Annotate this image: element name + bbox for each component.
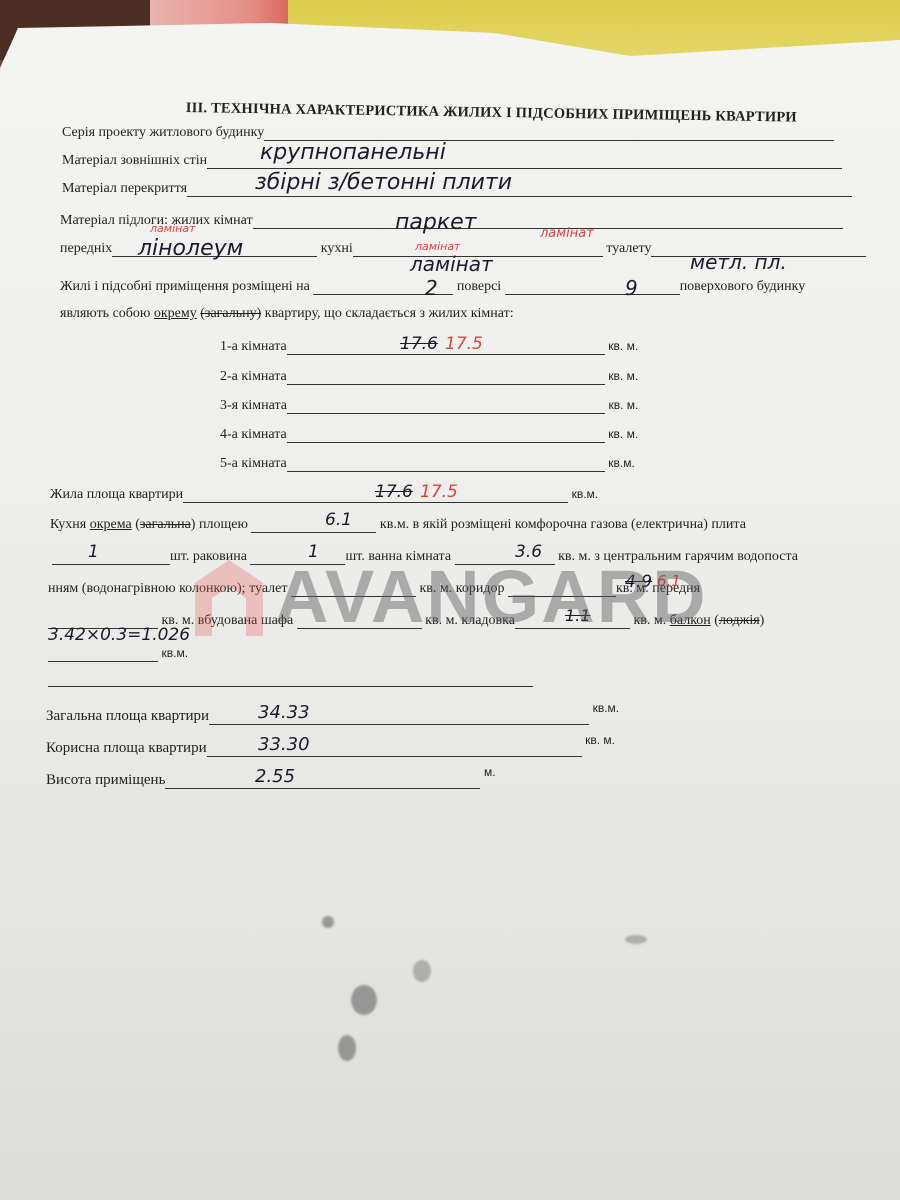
series-row: Серія проекту житлового будинку	[62, 124, 834, 141]
room-unit: кв. м.	[608, 369, 638, 383]
smudge	[351, 985, 377, 1015]
room-label: 2-а кімната	[220, 369, 287, 384]
total-value-field	[165, 772, 480, 789]
smudge	[413, 960, 431, 982]
corridor-struck: 4.9	[625, 572, 652, 592]
room-row: 2-а кімната кв. м.	[220, 368, 638, 385]
room-row: 5-а кімната кв.м.	[220, 455, 635, 472]
hall-correction: ламінат	[150, 222, 195, 235]
total-value: 2.55	[255, 766, 295, 787]
total-row: Загальна площа квартири кв.м.	[46, 708, 619, 725]
kitchen-area-field	[251, 516, 376, 533]
walls-row: Матеріал зовнішніх стін	[62, 152, 842, 169]
kitchen-area-value: 6.1	[325, 510, 352, 530]
bathroom-label: шт. ванна кімната	[345, 549, 451, 564]
total-row: Корисна площа квартири кв. м.	[46, 740, 615, 757]
storage-label: кв. м. кладовка	[425, 613, 515, 628]
floor-rooms-value: паркет	[395, 210, 476, 235]
balcony-selected: балкон	[670, 613, 711, 628]
living-area-struck: 17.6	[375, 482, 413, 502]
storage-struck: 1.1	[565, 606, 590, 625]
kitchen-struck: загальна	[140, 517, 191, 532]
room-area-field	[287, 426, 605, 443]
room-area-struck: 17.6	[400, 334, 438, 354]
kitchen-area-label: площею	[199, 517, 248, 532]
stove-count-field	[52, 548, 170, 565]
toilet-value: метл. пл.	[690, 250, 787, 274]
series-label: Серія проекту житлового будинку	[62, 125, 264, 140]
series-field	[264, 124, 834, 141]
toilet-label: туалету	[606, 241, 651, 256]
bathroom-area-value: 3.6	[515, 542, 542, 562]
total-label: Загальна площа квартири	[46, 708, 209, 724]
total-label: Висота приміщень	[46, 772, 165, 788]
room-label: 4-а кімната	[220, 427, 287, 442]
kitchen-stove-text: кв.м. в якій розміщені комфорочна газова…	[380, 517, 746, 532]
floor-number-value: 2	[425, 276, 438, 300]
smudge	[338, 1035, 356, 1061]
room-unit: кв. м.	[608, 427, 638, 441]
corridor-value: 6.1	[657, 572, 681, 590]
stove-count-value: 1	[88, 542, 99, 562]
room-unit: кв. м.	[609, 398, 639, 412]
living-area-unit: кв.м.	[572, 487, 599, 501]
living-area-label: Жила площа квартири	[50, 487, 183, 502]
kitchen-row-1: Кухня окрема (загальна) площею кв.м. в я…	[50, 516, 746, 533]
apartment-type-struck: (загальну)	[200, 306, 261, 321]
smudge	[322, 916, 334, 928]
hall-value: лінолеум	[138, 236, 243, 261]
blank-line	[48, 686, 533, 687]
wardrobe-field	[297, 612, 422, 629]
hot-water-text: кв. м. з центральним гарячим водопоста	[558, 549, 798, 564]
room-label: 3-я кімната	[220, 398, 287, 413]
balcony-unit: кв.м.	[162, 646, 189, 660]
toilet-area-label: нням (водонагрівною колонкою); туалет	[48, 581, 287, 596]
balcony-row: кв.м.	[48, 645, 188, 662]
living-area-row: Жила площа квартири кв.м.	[50, 486, 598, 503]
total-floors-field	[505, 278, 680, 295]
floor-word: поверсі	[457, 279, 501, 294]
kitchen-text: Кухня	[50, 517, 86, 532]
room-label: 5-а кімната	[220, 456, 287, 471]
total-value: 34.33	[258, 702, 310, 723]
kitchen-floor-label: кухні	[321, 241, 353, 256]
living-area-value: 17.5	[420, 482, 458, 502]
balcony-calculation: 3.42×0.3=1.026	[48, 625, 190, 645]
ceiling-label: Матеріал перекриття	[62, 181, 187, 196]
floor-rooms-correction: ламінат	[540, 226, 594, 241]
total-unit: кв.м.	[593, 701, 620, 715]
building-word: поверхового будинку	[680, 279, 806, 294]
room-unit: кв. м.	[608, 339, 638, 353]
placement-label: Жилі і підсобні приміщення розміщені на	[60, 279, 310, 294]
kitchen-row-2: шт. раковина шт. ванна кімната кв. м. з …	[52, 548, 798, 565]
kitchen-selected: окрема	[90, 517, 132, 532]
room-row: 3-я кімната кв. м.	[220, 397, 638, 414]
apartment-type-text: являють собою	[60, 306, 150, 321]
kitchen-row-3: нням (водонагрівною колонкою); туалет кв…	[48, 580, 700, 597]
apartment-type-text-2: квартиру, що складається з жилих кімнат:	[265, 306, 514, 321]
apartment-type-selected: окрему	[154, 306, 197, 321]
room-area-field	[287, 397, 605, 414]
total-value: 33.30	[258, 734, 310, 755]
room-area-field	[287, 368, 605, 385]
sink-count-value: 1	[308, 542, 319, 562]
corridor-label: кв. м. коридор	[419, 581, 504, 596]
walls-label: Матеріал зовнішніх стін	[62, 153, 207, 168]
balcony-field	[48, 645, 158, 662]
room-area-field	[287, 455, 605, 472]
hall-label: передніх	[60, 241, 112, 256]
balcony-unit-label: кв. м.	[633, 613, 666, 628]
room-label: 1-а кімната	[220, 339, 287, 354]
total-label: Корисна площа квартири	[46, 740, 207, 756]
apartment-type-row: являють собою окрему (загальну) квартиру…	[60, 306, 514, 322]
toilet-area-field	[291, 580, 416, 597]
total-unit: м.	[484, 765, 496, 779]
kitchen-floor-value: ламінат	[410, 252, 493, 276]
room-row: 4-а кімната кв. м.	[220, 426, 638, 443]
loggia-struck: лоджія	[719, 613, 760, 628]
smudge	[625, 935, 647, 944]
room-unit: кв.м.	[608, 456, 635, 470]
total-unit: кв. м.	[585, 733, 615, 747]
ceiling-value: збірні з/бетонні плити	[255, 170, 512, 195]
sink-count-field	[250, 548, 345, 565]
walls-value: крупнопанельні	[260, 140, 446, 165]
stove-unit: шт. раковина	[170, 549, 247, 564]
corridor-field	[508, 580, 616, 597]
room-area-value: 17.5	[445, 334, 483, 354]
total-floors-value: 9	[625, 276, 638, 300]
